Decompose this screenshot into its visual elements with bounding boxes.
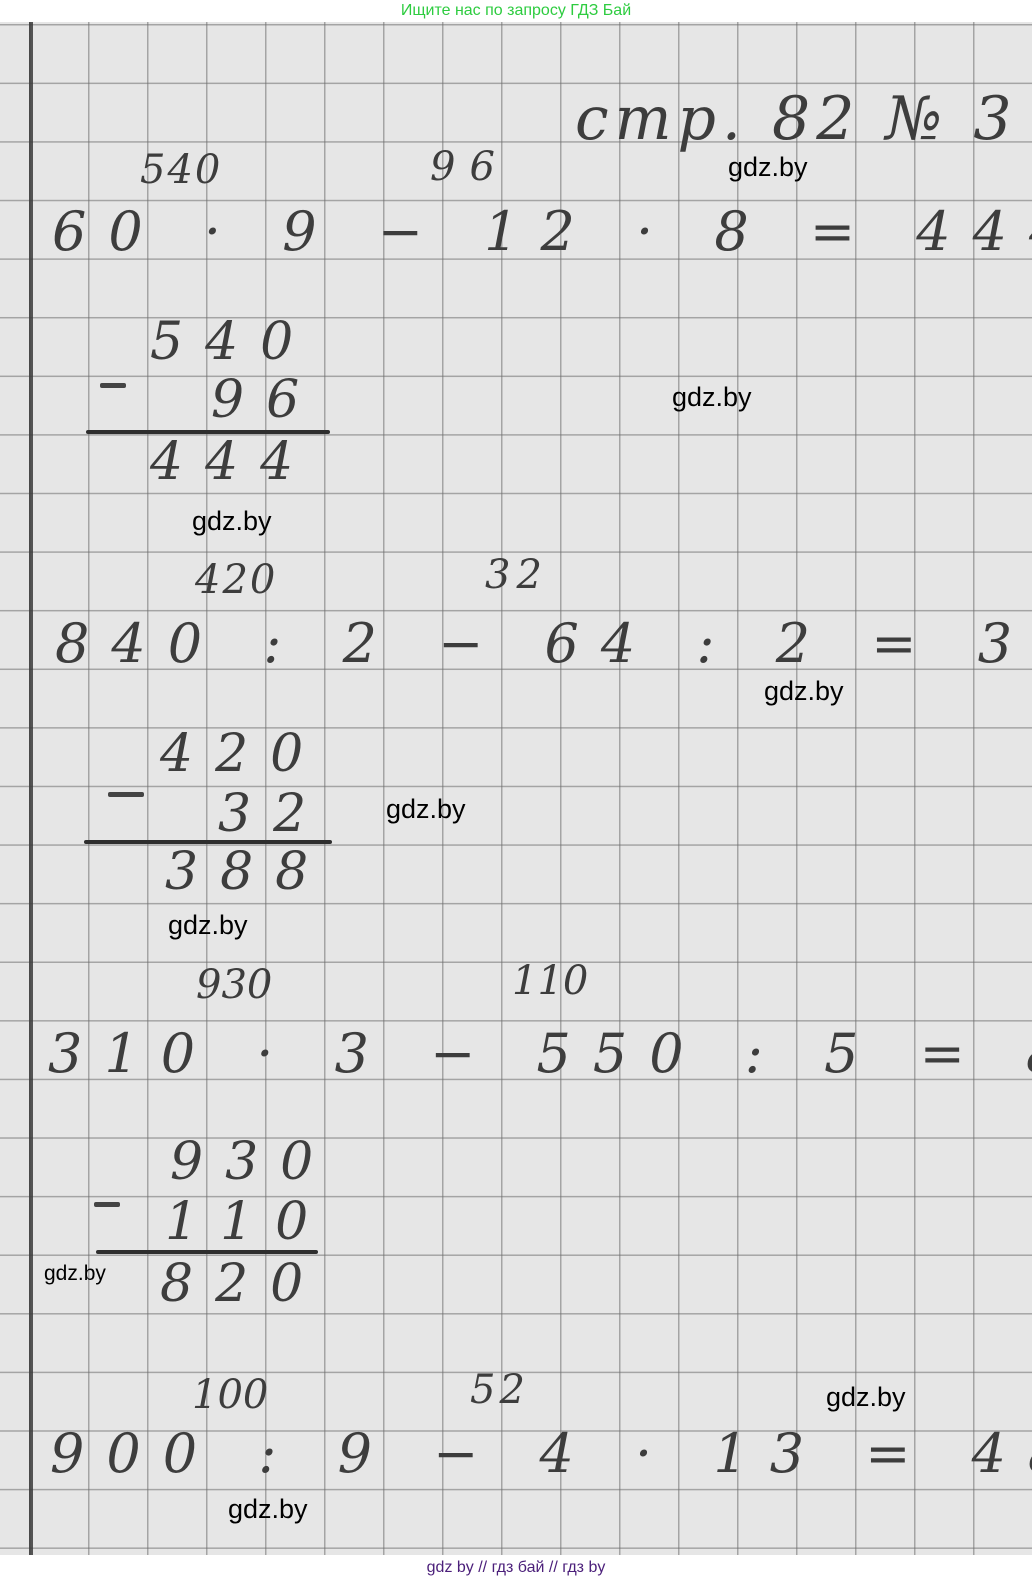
- column-minuend: 420: [160, 724, 325, 784]
- intermediate-result: 52: [470, 1367, 529, 1413]
- column-subtrahend: 110: [165, 1192, 330, 1252]
- expression: 310 · 3 − 550 : 5 = 820: [48, 1022, 1032, 1085]
- margin-line: [29, 22, 33, 1555]
- watermark: gdz.by: [192, 506, 272, 537]
- page-heading: стр. 82 № 3: [575, 84, 1018, 154]
- watermark: gdz.by: [672, 382, 752, 413]
- column-minuend: 540: [150, 312, 315, 372]
- expression: 900 : 9 − 4 · 13 = 48: [50, 1422, 1032, 1485]
- column-result: 388: [165, 842, 330, 902]
- notebook-page-photo: стр. 82 № 3 gdz.by 540 96 60 · 9 − 12 · …: [0, 22, 1032, 1555]
- intermediate-result: 100: [192, 1372, 268, 1418]
- watermark: gdz.by: [386, 794, 466, 825]
- column-subtrahend: 96: [211, 370, 321, 430]
- column-subtrahend: 32: [218, 784, 328, 844]
- top-banner[interactable]: Ищите нас по запросу ГДЗ Бай: [0, 0, 1032, 22]
- intermediate-result: 930: [196, 962, 272, 1008]
- column-minuend: 930: [170, 1132, 335, 1192]
- watermark: gdz.by: [826, 1382, 906, 1413]
- watermark: gdz.by: [728, 152, 808, 183]
- minus-sign: [100, 383, 126, 388]
- column-result: 444: [150, 432, 315, 492]
- intermediate-result: 96: [430, 144, 509, 190]
- expression: 840 : 2 − 64 : 2 = 388: [55, 612, 1032, 675]
- minus-sign: [108, 792, 144, 797]
- minus-sign: [94, 1202, 120, 1207]
- watermark: gdz.by: [168, 910, 248, 941]
- expression: 60 · 9 − 12 · 8 = 444: [52, 200, 1032, 263]
- watermark: gdz.by: [764, 676, 844, 707]
- intermediate-result: 540: [140, 147, 222, 193]
- watermark: gdz.by: [228, 1494, 308, 1525]
- intermediate-result: 420: [195, 557, 277, 603]
- intermediate-result: 110: [512, 958, 588, 1004]
- bottom-banner[interactable]: gdz by // гдз бай // гдз by: [0, 1555, 1032, 1580]
- watermark: gdz.by: [44, 1262, 106, 1286]
- column-result: 820: [160, 1254, 325, 1314]
- intermediate-result: 32: [485, 552, 548, 598]
